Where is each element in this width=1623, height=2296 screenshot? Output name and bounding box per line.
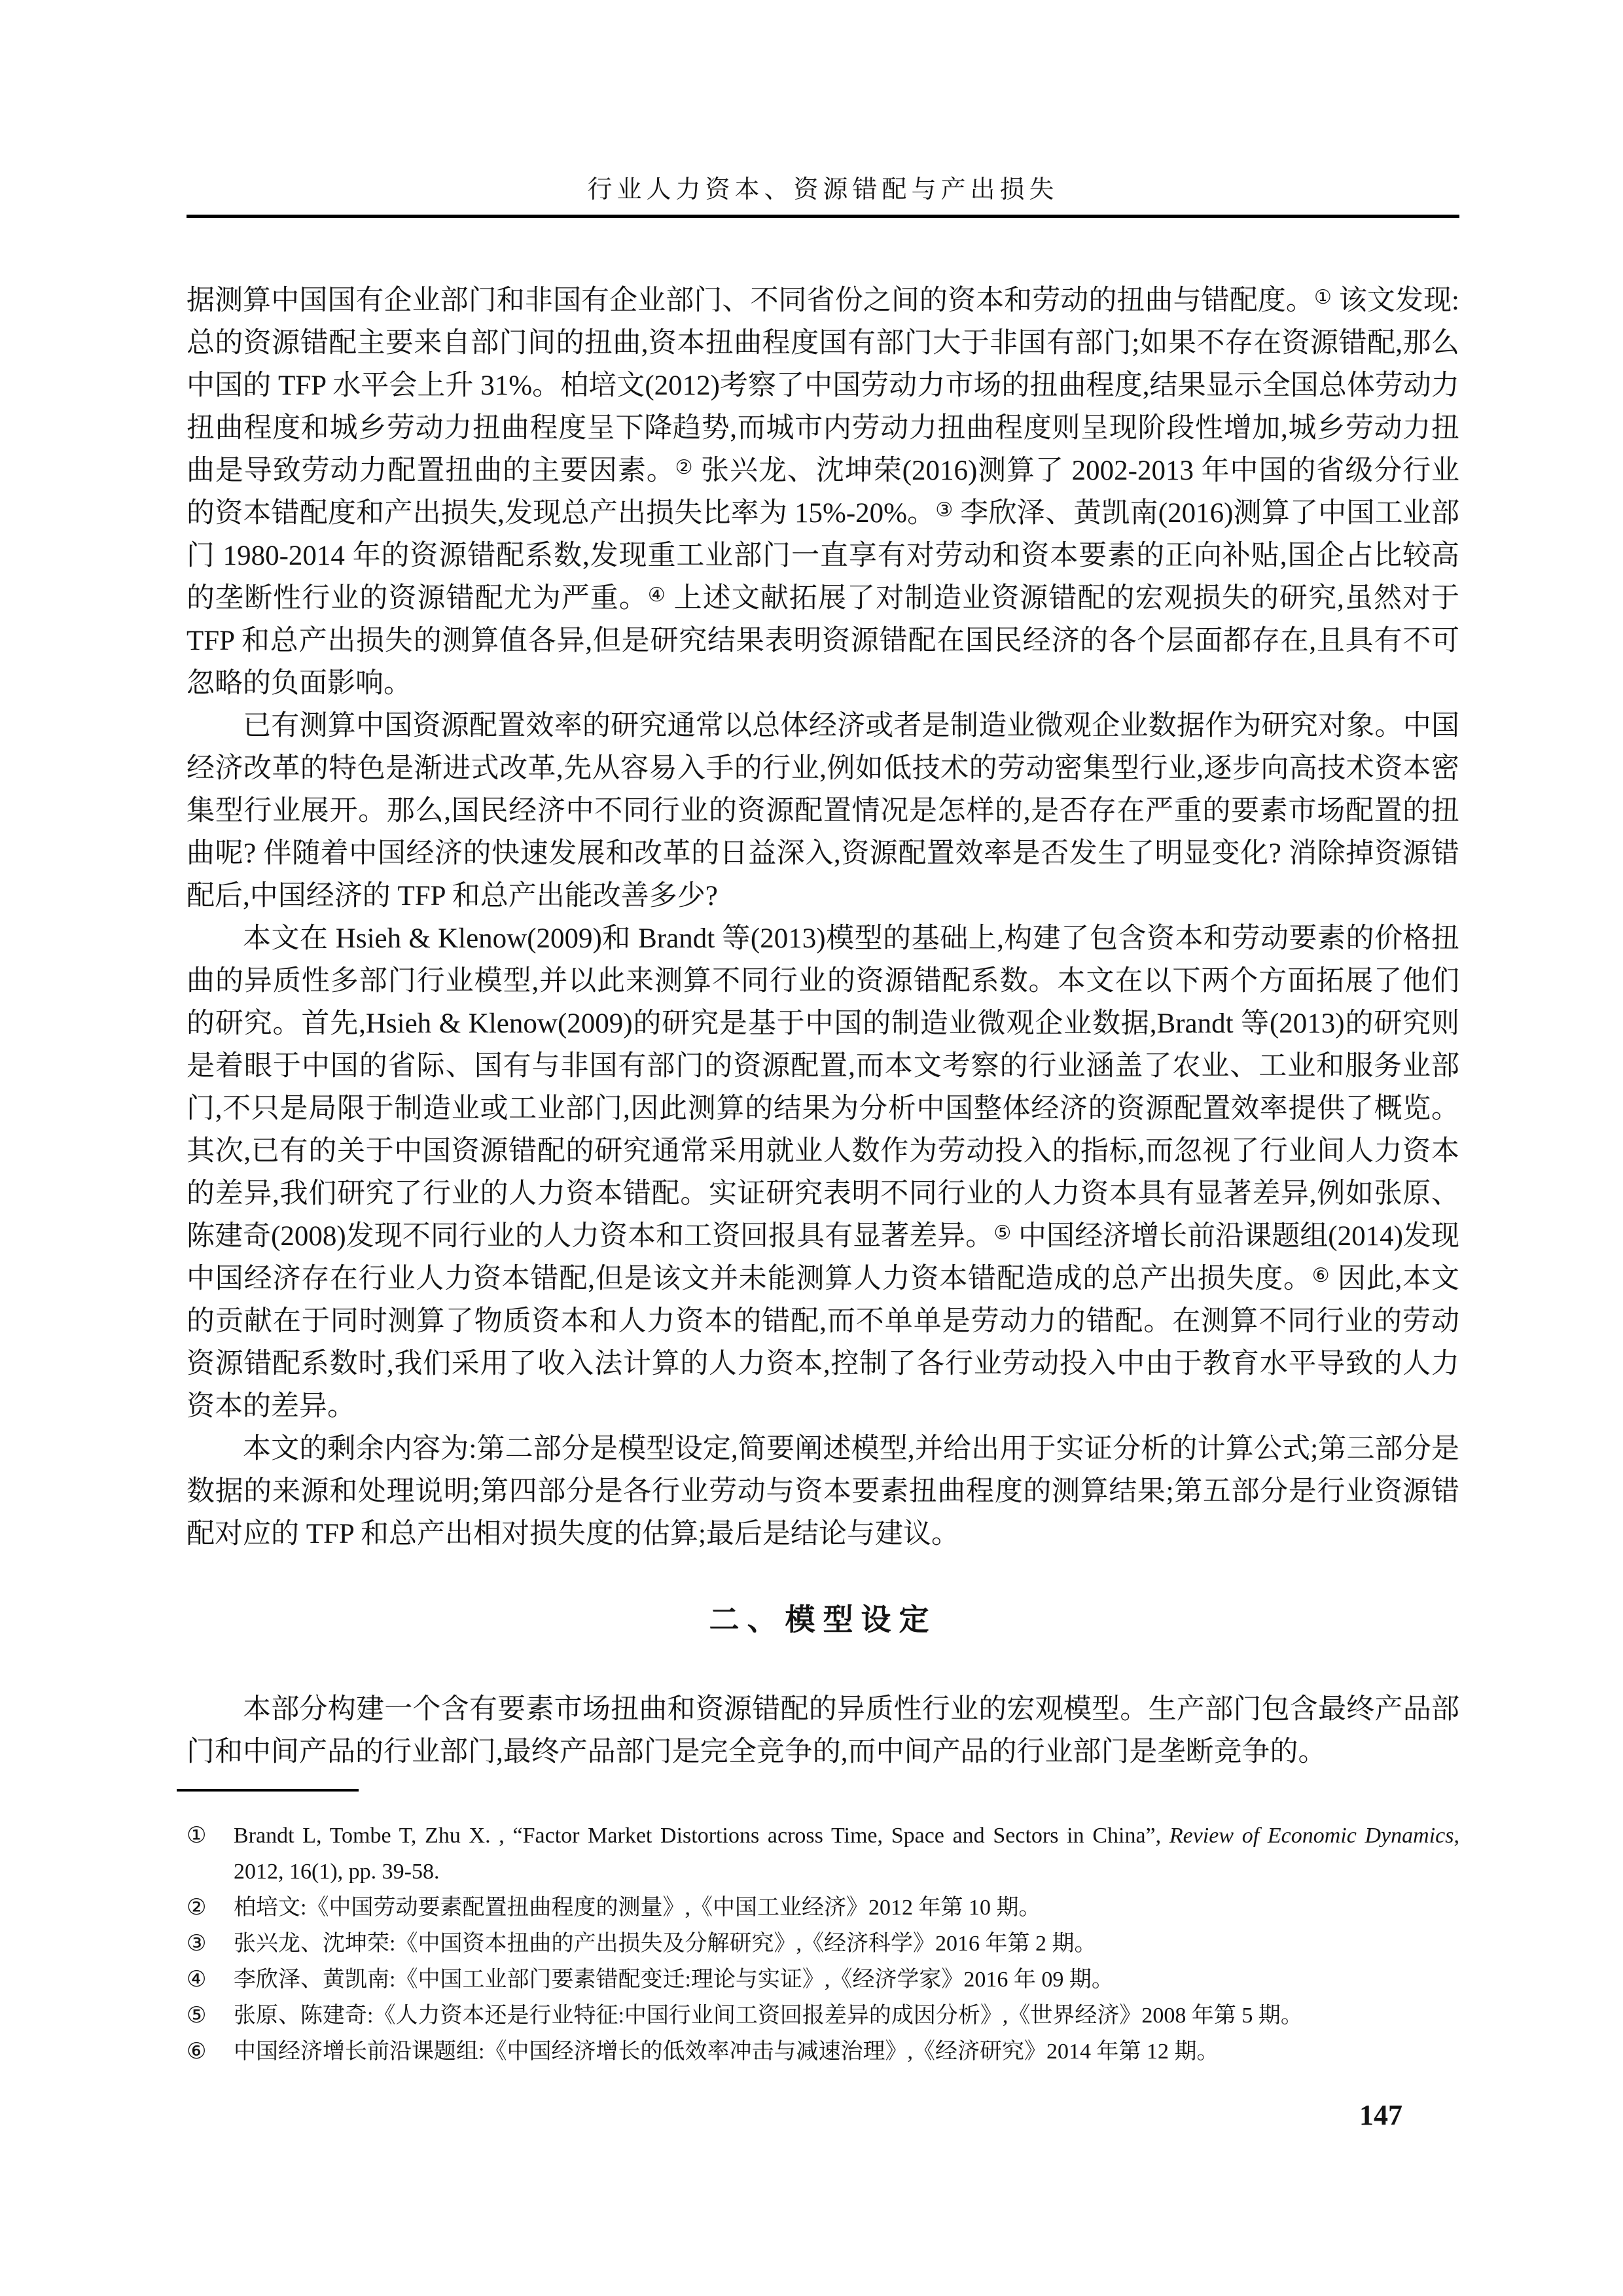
footnote-text: 中国经济增长前沿课题组:《中国经济增长的低效率冲击与减速治理》,《经济研究》20… xyxy=(234,2034,1459,2070)
footnote-marker: ④ xyxy=(187,1962,234,1998)
footnote-marker: ⑤ xyxy=(187,1998,234,2034)
footnote-item: ①Brandt L, Tombe T, Zhu X. , “Factor Mar… xyxy=(187,1818,1459,1890)
footnote-item: ④李欣泽、黄凯南:《中国工业部门要素错配变迁:理论与实证》,《经济学家》2016… xyxy=(187,1962,1459,1998)
footnote-text: 张原、陈建奇:《人力资本还是行业特征:中国行业间工资回报差异的成因分析》,《世界… xyxy=(234,1998,1459,2034)
footnote-text: 张兴龙、沈坤荣:《中国资本扭曲的产出损失及分解研究》,《经济科学》2016 年第… xyxy=(234,1926,1459,1962)
footnote-text: Brandt L, Tombe T, Zhu X. , “Factor Mark… xyxy=(234,1818,1459,1890)
footnote-text: 李欣泽、黄凯南:《中国工业部门要素错配变迁:理论与实证》,《经济学家》2016 … xyxy=(234,1962,1459,1998)
footnote-text: 柏培文:《中国劳动要素配置扭曲程度的测量》,《中国工业经济》2012 年第 10… xyxy=(234,1890,1459,1926)
footnote-separator xyxy=(177,1789,359,1792)
footnote-item: ⑥中国经济增长前沿课题组:《中国经济增长的低效率冲击与减速治理》,《经济研究》2… xyxy=(187,2034,1459,2070)
footnote-item: ③张兴龙、沈坤荣:《中国资本扭曲的产出损失及分解研究》,《经济科学》2016 年… xyxy=(187,1926,1459,1962)
footnote-marker: ⑥ xyxy=(187,2034,234,2070)
footnote-ref: ③ xyxy=(935,499,953,521)
running-head: 行业人力资本、资源错配与产出损失 xyxy=(187,175,1459,204)
footnote-ref: ① xyxy=(1314,287,1332,308)
footnote-ref: ⑥ xyxy=(1312,1265,1330,1286)
footnote-item: ⑤张原、陈建奇:《人力资本还是行业特征:中国行业间工资回报差异的成因分析》,《世… xyxy=(187,1998,1459,2034)
paragraph: 本文的剩余内容为:第二部分是模型设定,简要阐述模型,并给出用于实证分析的计算公式… xyxy=(187,1428,1459,1555)
footnote-marker: ③ xyxy=(187,1926,234,1962)
section-heading: 二、模型设定 xyxy=(187,1598,1459,1641)
footnote-ref: ② xyxy=(675,457,694,478)
footnote-ref: ④ xyxy=(648,584,666,606)
paragraph: 本文在 Hsieh & Klenow(2009)和 Brandt 等(2013)… xyxy=(187,917,1459,1428)
body-blocks: 据测算中国国有企业部门和非国有企业部门、不同省份之间的资本和劳动的扭曲与错配度。… xyxy=(187,279,1459,1773)
paragraph: 据测算中国国有企业部门和非国有企业部门、不同省份之间的资本和劳动的扭曲与错配度。… xyxy=(187,279,1459,705)
paragraph: 本部分构建一个含有要素市场扭曲和资源错配的异质性行业的宏观模型。生产部门包含最终… xyxy=(187,1688,1459,1773)
paper-page: 行业人力资本、资源错配与产出损失 据测算中国国有企业部门和非国有企业部门、不同省… xyxy=(0,0,1623,2296)
running-head-rule xyxy=(187,215,1459,218)
footnote-item: ②柏培文:《中国劳动要素配置扭曲程度的测量》,《中国工业经济》2012 年第 1… xyxy=(187,1890,1459,1926)
footnote-marker: ① xyxy=(187,1818,234,1854)
footnote-ref: ⑤ xyxy=(993,1222,1011,1244)
paragraph: 已有测算中国资源配置效率的研究通常以总体经济或者是制造业微观企业数据作为研究对象… xyxy=(187,705,1459,917)
footnote-marker: ② xyxy=(187,1890,234,1926)
page-number: 147 xyxy=(1359,2098,1402,2132)
footnotes-list: ①Brandt L, Tombe T, Zhu X. , “Factor Mar… xyxy=(187,1818,1459,2070)
